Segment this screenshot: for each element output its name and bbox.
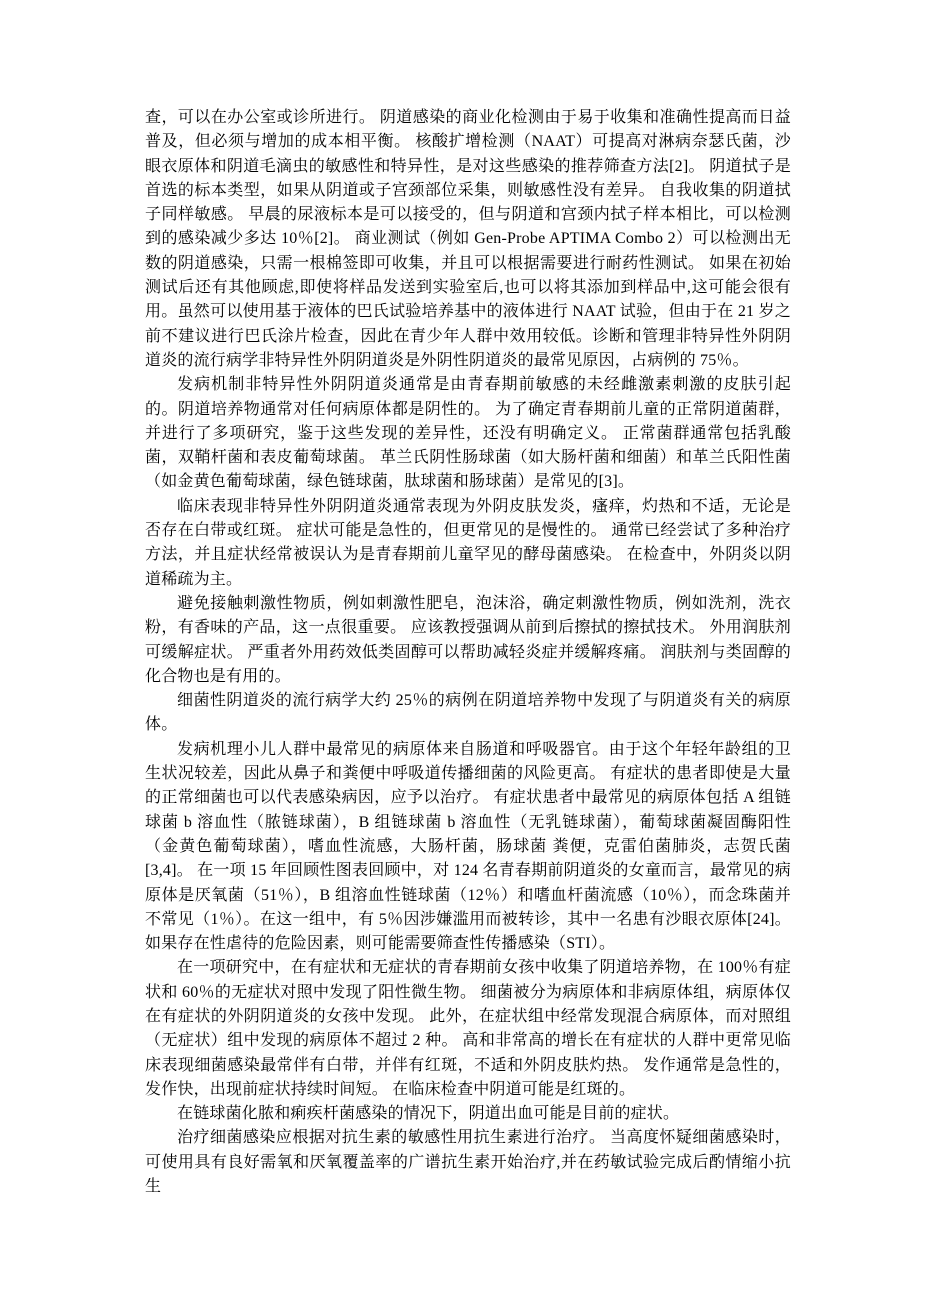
paragraph-clinical-presentation: 临床表现非特异性外阴阴道炎通常表现为外阴皮肤发炎，瘙痒，灼热和不适，无论是否存在… bbox=[145, 495, 791, 592]
paragraph-treatment: 治疗细菌感染应根据对抗生素的敏感性用抗生素进行治疗。 当高度怀疑细菌感染时，可使… bbox=[145, 1126, 791, 1199]
document-page: 查，可以在办公室或诊所进行。 阴道感染的商业化检测由于易于收集和准确性提高而日益… bbox=[0, 0, 926, 1309]
paragraph-bacterial-epidemiology: 细菌性阴道炎的流行病学大约 25％的病例在阴道培养物中发现了与阴道炎有关的病原体… bbox=[145, 689, 791, 738]
paragraph-study-cultures: 在一项研究中，在有症状和无症状的青春期前女孩中收集了阴道培养物，在 100％有症… bbox=[145, 956, 791, 1102]
paragraph-pathogenesis-nonspecific: 发病机制非特异性外阴阴道炎通常是由青春期前敏感的未经雌激素刺激的皮肤引起的。阴道… bbox=[145, 373, 791, 494]
paragraph-continuation: 查，可以在办公室或诊所进行。 阴道感染的商业化检测由于易于收集和准确性提高而日益… bbox=[145, 106, 791, 373]
document-body-text: 查，可以在办公室或诊所进行。 阴道感染的商业化检测由于易于收集和准确性提高而日益… bbox=[145, 106, 791, 1199]
paragraph-pathogens-pediatric: 发病机理小儿人群中最常见的病原体来自肠道和呼吸器官。由于这个年轻年龄组的卫生状况… bbox=[145, 738, 791, 957]
paragraph-bleeding-symptom: 在链球菌化脓和痢疾杆菌感染的情况下，阴道出血可能是目前的症状。 bbox=[145, 1102, 791, 1126]
paragraph-irritant-avoidance: 避免接触刺激性物质，例如刺激性肥皂，泡沫浴，确定刺激性物质，例如洗剂，洗衣粉，有… bbox=[145, 592, 791, 689]
